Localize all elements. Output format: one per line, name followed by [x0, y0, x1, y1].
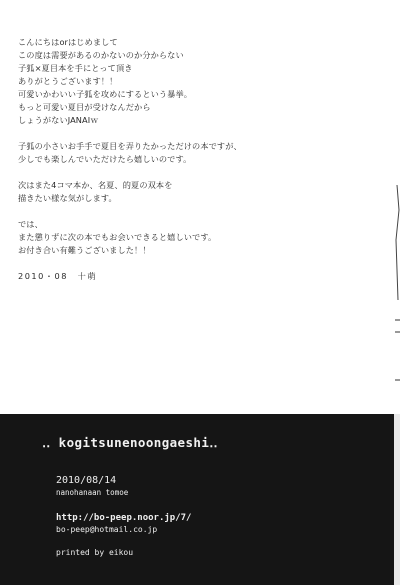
- afterword-line: 子狐×夏目本を手にとって頂き: [18, 62, 348, 75]
- afterword-line: また懲りずに次の本でもお会いできると嬉しいです。: [18, 231, 348, 244]
- afterword-line: この度は需要があるのかないのか分からない: [18, 49, 348, 62]
- page-edge-strip: [394, 414, 400, 585]
- afterword-line: もっと可愛い夏目が受けなんだから: [18, 101, 348, 114]
- circle-name: nanohanaan tomoe: [56, 488, 128, 497]
- afterword-line: お付き合い有難うございました！！: [18, 244, 348, 257]
- afterword-line: こんにちはorはじめまして: [18, 36, 348, 49]
- afterword-line: 子狐の小さいお手手で夏目を弄りたかっただけの本ですが、: [18, 140, 348, 153]
- afterword-line: 可愛いかわいい子狐を攻めにするという暴挙。: [18, 88, 348, 101]
- afterword-line: 少しでも楽しんでいただけたら嬉しいのです。: [18, 153, 348, 166]
- website-link[interactable]: http://bo-peep.noor.jp/7/: [56, 513, 191, 523]
- afterword-line: ありがとうございます！！: [18, 75, 348, 88]
- paragraph-gap: [18, 205, 348, 218]
- paragraph-gap: [18, 127, 348, 140]
- bleed-artwork-edge: [394, 180, 400, 410]
- afterword-line: では、: [18, 218, 348, 231]
- afterword-signature: 2010・08 十萌: [18, 270, 348, 283]
- paragraph-gap: [18, 257, 348, 270]
- afterword-text: こんにちはorはじめまして この度は需要があるのかないのか分からない 子狐×夏目…: [18, 36, 348, 283]
- colophon-panel: ‥ kogitsunenoongaeshi‥ 2010/08/14 nanoha…: [0, 414, 394, 585]
- afterword-line: しょうがないJANAIｗ: [18, 114, 348, 127]
- afterword-line: 描きたい様な気がします。: [18, 192, 348, 205]
- afterword-line: 次はまた4コマ本か、名夏、的夏の双本を: [18, 179, 348, 192]
- email-link[interactable]: bo-peep@hotmail.co.jp: [56, 525, 157, 534]
- book-title: ‥ kogitsunenoongaeshi‥: [42, 435, 218, 450]
- publish-date: 2010/08/14: [56, 475, 116, 486]
- printer-credit: printed by eikou: [56, 548, 133, 557]
- paragraph-gap: [18, 166, 348, 179]
